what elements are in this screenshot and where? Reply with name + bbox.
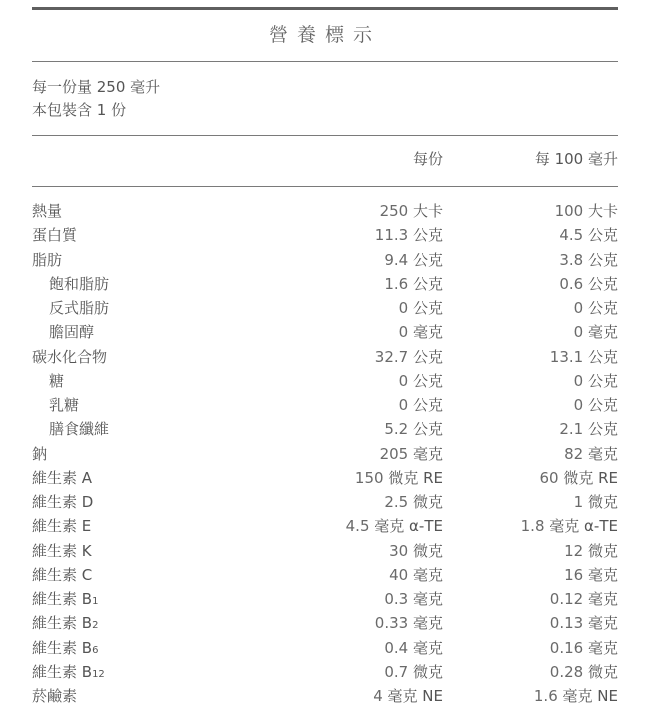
per-100ml-value: 0.13 毫克 [550, 611, 618, 635]
nutrient-name: 蛋白質 [32, 223, 77, 250]
value-unit: 大卡 [588, 202, 618, 220]
nutrient-subscript: 2 [92, 620, 98, 631]
column-header-per-100ml: 每 100 毫升 [535, 149, 618, 169]
nutrient-subscript: 1 [92, 596, 98, 607]
value-number: 0.13 [550, 614, 583, 632]
value-unit: 公克 [413, 226, 443, 244]
value-unit: 毫克 [413, 323, 443, 341]
nutrient-name: 菸鹼素 [32, 684, 77, 709]
per-100ml-value: 12 微克 [564, 539, 618, 563]
nutrient-name: 脂肪 [32, 248, 62, 275]
value-unit: 公克 [588, 299, 618, 317]
nutrient-row: 碳水化合物 32.7 公克 13.1 公克 [32, 345, 618, 369]
value-unit: 毫克 [588, 445, 618, 463]
value-number: 0.33 [375, 614, 408, 632]
value-number: 30 [389, 542, 408, 560]
value-number: 0.12 [550, 590, 583, 608]
column-header-per-serving: 每份 [413, 149, 443, 169]
nutrient-name-text: 菸鹼素 [32, 687, 77, 705]
value-unit: 毫克 [588, 590, 618, 608]
nutrient-name: 維生素 C [32, 563, 92, 590]
per-serving-value: 205 毫克 [380, 442, 443, 466]
per-100ml-value: 1.6 毫克 NE [534, 684, 618, 708]
value-number: 5.2 [384, 420, 408, 438]
nutrient-name: 飽和脂肪 [49, 272, 109, 299]
value-unit: 毫克 [588, 566, 618, 584]
nutrient-row: 維生素 D 2.5 微克 1 微克 [32, 490, 618, 514]
per-serving-value: 150 微克 RE [355, 466, 443, 490]
per-100ml-value: 16 毫克 [564, 563, 618, 587]
per-serving-value: 0 公克 [399, 296, 443, 320]
value-unit: 毫克 α-TE [549, 517, 618, 535]
nutrient-row: 維生素 B1 0.3 毫克 0.12 毫克 [32, 587, 618, 611]
nutrient-name-text: 反式脂肪 [49, 299, 109, 317]
per-100ml-value: 60 微克 RE [539, 466, 618, 490]
value-number: 0 [399, 299, 409, 317]
value-number: 0 [574, 299, 584, 317]
nutrient-row: 飽和脂肪 1.6 公克 0.6 公克 [32, 272, 618, 296]
per-serving-value: 0.33 毫克 [375, 611, 443, 635]
serving-size: 每一份量 250 毫升 [32, 77, 160, 97]
value-number: 13.1 [550, 348, 583, 366]
per-100ml-value: 13.1 公克 [550, 345, 618, 369]
value-unit: 公克 [588, 275, 618, 293]
nutrient-table: 熱量 250 大卡 100 大卡 蛋白質 11.3 公克 4.5 公克 脂肪 9… [32, 199, 618, 708]
nutrient-name-text: 維生素 B [32, 663, 92, 681]
value-unit: 公克 [588, 348, 618, 366]
value-unit: 微克 [588, 542, 618, 560]
nutrient-name: 維生素 A [32, 466, 92, 493]
nutrient-name: 膳食纖維 [49, 417, 109, 444]
per-serving-value: 32.7 公克 [375, 345, 443, 369]
nutrition-title: 營養標示 [32, 23, 618, 47]
value-number: 0.4 [384, 639, 408, 657]
value-number: 9.4 [384, 251, 408, 269]
per-100ml-value: 0.6 公克 [559, 272, 618, 296]
top-thick-divider [32, 7, 618, 10]
nutrient-name-text: 膽固醇 [49, 323, 94, 341]
per-serving-value: 4.5 毫克 α-TE [346, 514, 443, 538]
nutrient-name: 維生素 D [32, 490, 93, 517]
value-unit: 微克 RE [388, 469, 443, 487]
value-number: 100 [555, 202, 584, 220]
nutrient-row: 維生素 A 150 微克 RE 60 微克 RE [32, 466, 618, 490]
value-unit: 毫克 α-TE [374, 517, 443, 535]
nutrient-name-text: 糖 [49, 372, 64, 390]
nutrient-name-text: 維生素 D [32, 493, 93, 511]
value-number: 0 [399, 396, 409, 414]
per-100ml-value: 2.1 公克 [559, 417, 618, 441]
value-number: 0.16 [550, 639, 583, 657]
per-serving-value: 0 公克 [399, 393, 443, 417]
nutrient-name-text: 鈉 [32, 445, 47, 463]
per-100ml-value: 1 微克 [574, 490, 618, 514]
value-unit: 公克 [413, 275, 443, 293]
nutrient-row: 菸鹼素 4 毫克 NE 1.6 毫克 NE [32, 684, 618, 708]
value-unit: 毫克 [413, 639, 443, 657]
title-divider [32, 61, 618, 62]
per-100ml-value: 0 毫克 [574, 320, 618, 344]
nutrient-row: 維生素 B6 0.4 毫克 0.16 毫克 [32, 636, 618, 660]
per-100ml-value: 100 大卡 [555, 199, 618, 223]
nutrient-name: 維生素 B6 [32, 636, 98, 663]
nutrient-name-text: 熱量 [32, 202, 62, 220]
nutrient-row: 維生素 C 40 毫克 16 毫克 [32, 563, 618, 587]
value-number: 4.5 [559, 226, 583, 244]
per-serving-value: 0.4 毫克 [384, 636, 443, 660]
servings-per-package: 本包裝含 1 份 [32, 100, 126, 120]
value-number: 0 [574, 323, 584, 341]
nutrient-subscript: 12 [92, 669, 105, 680]
per-serving-value: 2.5 微克 [384, 490, 443, 514]
nutrient-name: 乳糖 [49, 393, 79, 420]
per-100ml-value: 82 毫克 [564, 442, 618, 466]
value-unit: 公克 [588, 372, 618, 390]
per-serving-value: 11.3 公克 [375, 223, 443, 247]
value-unit: 微克 [413, 493, 443, 511]
value-unit: 毫克 [413, 566, 443, 584]
nutrient-name-text: 維生素 E [32, 517, 91, 535]
per-100ml-value: 4.5 公克 [559, 223, 618, 247]
per-serving-value: 4 毫克 NE [373, 684, 443, 708]
value-number: 0 [574, 396, 584, 414]
value-number: 0.3 [384, 590, 408, 608]
value-unit: 毫克 [413, 614, 443, 632]
nutrient-row: 維生素 B12 0.7 微克 0.28 微克 [32, 660, 618, 684]
value-number: 4 [373, 687, 383, 705]
per-100ml-value: 1.8 毫克 α-TE [521, 514, 618, 538]
value-number: 1 [574, 493, 584, 511]
nutrient-row: 糖 0 公克 0 公克 [32, 369, 618, 393]
per-serving-value: 250 大卡 [380, 199, 443, 223]
nutrient-name: 熱量 [32, 199, 62, 226]
value-unit: 毫克 NE [563, 687, 618, 705]
value-number: 2.5 [384, 493, 408, 511]
value-unit: 公克 [413, 348, 443, 366]
value-number: 0.7 [384, 663, 408, 681]
value-number: 0 [399, 323, 409, 341]
value-number: 11.3 [375, 226, 408, 244]
per-serving-value: 0 公克 [399, 369, 443, 393]
nutrient-row: 脂肪 9.4 公克 3.8 公克 [32, 248, 618, 272]
value-unit: 公克 [413, 251, 443, 269]
value-unit: 公克 [588, 396, 618, 414]
value-number: 2.1 [559, 420, 583, 438]
value-number: 0.28 [550, 663, 583, 681]
nutrient-row: 熱量 250 大卡 100 大卡 [32, 199, 618, 223]
value-unit: 微克 [413, 663, 443, 681]
value-unit: 微克 [413, 542, 443, 560]
value-number: 4.5 [346, 517, 370, 535]
per-100ml-value: 0.16 毫克 [550, 636, 618, 660]
value-unit: 公克 [588, 226, 618, 244]
nutrient-name: 反式脂肪 [49, 296, 109, 323]
per-100ml-value: 3.8 公克 [559, 248, 618, 272]
per-serving-value: 9.4 公克 [384, 248, 443, 272]
nutrient-name: 碳水化合物 [32, 345, 107, 372]
nutrient-row: 維生素 K 30 微克 12 微克 [32, 539, 618, 563]
nutrient-name-text: 維生素 B [32, 639, 92, 657]
value-unit: 公克 [588, 420, 618, 438]
value-number: 0.6 [559, 275, 583, 293]
per-100ml-value: 0.12 毫克 [550, 587, 618, 611]
nutrient-subscript: 6 [92, 645, 98, 656]
nutrient-row: 膳食纖維 5.2 公克 2.1 公克 [32, 417, 618, 441]
value-unit: 毫克 [588, 639, 618, 657]
value-number: 0 [574, 372, 584, 390]
nutrient-name: 膽固醇 [49, 320, 94, 347]
value-number: 150 [355, 469, 384, 487]
value-number: 1.6 [534, 687, 558, 705]
nutrient-name: 維生素 E [32, 514, 91, 541]
nutrient-name-text: 維生素 A [32, 469, 92, 487]
value-number: 1.6 [384, 275, 408, 293]
nutrient-name-text: 碳水化合物 [32, 348, 107, 366]
value-number: 3.8 [559, 251, 583, 269]
value-number: 16 [564, 566, 583, 584]
value-number: 250 [380, 202, 409, 220]
value-unit: 毫克 [413, 445, 443, 463]
nutrient-name-text: 維生素 B [32, 614, 92, 632]
per-serving-value: 0.7 微克 [384, 660, 443, 684]
nutrient-row: 乳糖 0 公克 0 公克 [32, 393, 618, 417]
nutrient-row: 維生素 E 4.5 毫克 α-TE 1.8 毫克 α-TE [32, 514, 618, 538]
nutrient-name-text: 蛋白質 [32, 226, 77, 244]
value-unit: 公克 [588, 251, 618, 269]
nutrient-name: 糖 [49, 369, 64, 396]
nutrient-name-text: 飽和脂肪 [49, 275, 109, 293]
nutrient-name-text: 維生素 B [32, 590, 92, 608]
serving-divider [32, 135, 618, 136]
nutrient-name-text: 維生素 C [32, 566, 92, 584]
value-unit: 毫克 [413, 590, 443, 608]
nutrient-row: 鈉 205 毫克 82 毫克 [32, 442, 618, 466]
nutrient-row: 膽固醇 0 毫克 0 毫克 [32, 320, 618, 344]
per-serving-value: 5.2 公克 [384, 417, 443, 441]
value-number: 205 [380, 445, 409, 463]
value-number: 0 [399, 372, 409, 390]
nutrient-name-text: 乳糖 [49, 396, 79, 414]
nutrient-row: 反式脂肪 0 公克 0 公克 [32, 296, 618, 320]
value-unit: 公克 [413, 420, 443, 438]
value-unit: 公克 [413, 299, 443, 317]
value-number: 60 [539, 469, 558, 487]
value-unit: 微克 [588, 493, 618, 511]
value-unit: 公克 [413, 372, 443, 390]
value-number: 40 [389, 566, 408, 584]
value-number: 12 [564, 542, 583, 560]
nutrient-name: 維生素 K [32, 539, 92, 566]
value-number: 1.8 [521, 517, 545, 535]
value-unit: 微克 [588, 663, 618, 681]
nutrient-name: 鈉 [32, 442, 47, 469]
nutrient-row: 蛋白質 11.3 公克 4.5 公克 [32, 223, 618, 247]
nutrient-name: 維生素 B1 [32, 587, 98, 614]
nutrient-name: 維生素 B2 [32, 611, 98, 638]
per-serving-value: 0.3 毫克 [384, 587, 443, 611]
header-divider [32, 186, 618, 187]
value-number: 82 [564, 445, 583, 463]
per-serving-value: 0 毫克 [399, 320, 443, 344]
value-unit: 公克 [413, 396, 443, 414]
value-unit: 毫克 NE [388, 687, 443, 705]
value-unit: 大卡 [413, 202, 443, 220]
nutrient-name: 維生素 B12 [32, 660, 105, 687]
value-unit: 微克 RE [563, 469, 618, 487]
nutrient-row: 維生素 B2 0.33 毫克 0.13 毫克 [32, 611, 618, 635]
nutrient-name-text: 膳食纖維 [49, 420, 109, 438]
per-100ml-value: 0 公克 [574, 393, 618, 417]
value-unit: 毫克 [588, 323, 618, 341]
nutrient-name-text: 脂肪 [32, 251, 62, 269]
per-serving-value: 40 毫克 [389, 563, 443, 587]
value-number: 32.7 [375, 348, 408, 366]
per-100ml-value: 0 公克 [574, 296, 618, 320]
per-100ml-value: 0 公克 [574, 369, 618, 393]
per-100ml-value: 0.28 微克 [550, 660, 618, 684]
per-serving-value: 30 微克 [389, 539, 443, 563]
per-serving-value: 1.6 公克 [384, 272, 443, 296]
nutrient-name-text: 維生素 K [32, 542, 92, 560]
value-unit: 毫克 [588, 614, 618, 632]
